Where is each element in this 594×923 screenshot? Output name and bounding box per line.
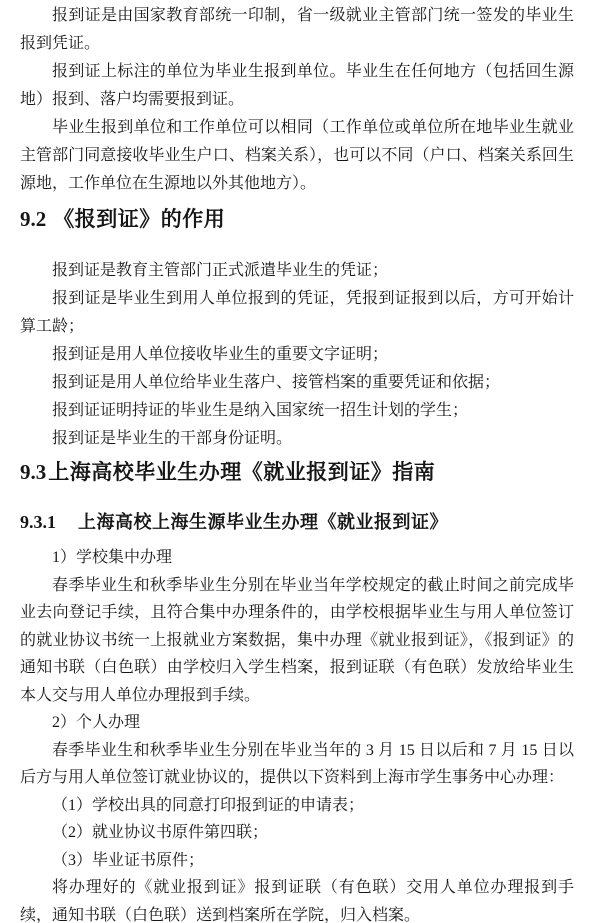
section-9-3-1-heading: 9.3.1上海高校上海生源毕业生办理《就业报到证》	[20, 509, 574, 536]
material-item-2: （2）就业协议书原件第四联；	[20, 819, 574, 847]
individual-processing-label: 2）个人办理	[20, 709, 574, 737]
section-9-2-item-1: 报到证是教育主管部门正式派遣毕业生的凭证；	[20, 257, 574, 285]
section-9-2-heading: 9.2《报到证》的作用	[20, 204, 574, 235]
section-9-2-item-6: 报到证是毕业生的干部身份证明。	[20, 425, 574, 453]
section-9-3-1-number: 9.3.1	[20, 512, 56, 532]
section-9-3-heading: 9.3上海高校毕业生办理《就业报到证》指南	[20, 457, 574, 487]
section-9-3-number: 9.3	[20, 460, 46, 484]
section-9-2-item-4: 报到证是用人单位给毕业生落户、接管档案的重要凭证和依据；	[20, 369, 574, 397]
section-9-3-title: 上海高校毕业生办理《就业报到证》指南	[48, 460, 435, 484]
individual-processing-body: 春季毕业生和秋季毕业生分别在毕业当年的 3 月 15 日以后和 7 月 15 日…	[20, 737, 574, 792]
section-9-2-number: 9.2	[20, 207, 46, 231]
school-processing-body: 春季毕业生和秋季毕业生分别在毕业当年学校规定的截止时间之前完成毕业去向登记手续，…	[20, 572, 574, 710]
closing-paragraph: 将办理好的《就业报到证》报到证联（有色联）交用人单位办理报到手续，通知书联（白色…	[20, 874, 574, 923]
intro-paragraph-3: 毕业生报到单位和工作单位可以相同（工作单位或单位所在地毕业生就业主管部门同意接收…	[20, 114, 574, 198]
material-item-1: （1）学校出具的同意打印报到证的申请表；	[20, 792, 574, 820]
material-item-3: （3）毕业证书原件；	[20, 847, 574, 875]
intro-paragraph-1: 报到证是由国家教育部统一印制，省一级就业主管部门统一签发的毕业生报到凭证。	[20, 2, 574, 58]
section-9-3-1-body: 1）学校集中办理 春季毕业生和秋季毕业生分别在毕业当年学校规定的截止时间之前完成…	[20, 544, 574, 923]
section-9-3-1-title: 上海高校上海生源毕业生办理《就业报到证》	[78, 512, 448, 532]
section-9-2-title: 《报到证》的作用	[53, 208, 225, 231]
section-9-2-item-5: 报到证证明持证的毕业生是纳入国家统一招生计划的学生；	[20, 397, 574, 425]
section-9-2-item-2: 报到证是毕业生到用人单位报到的凭证，凭报到证报到以后，方可开始计算工龄；	[20, 285, 574, 341]
school-processing-label: 1）学校集中办理	[20, 544, 574, 572]
section-9-2-item-3: 报到证是用人单位接收毕业生的重要文字证明；	[20, 341, 574, 369]
document-page: 报到证是由国家教育部统一印制，省一级就业主管部门统一签发的毕业生报到凭证。 报到…	[0, 0, 594, 923]
intro-paragraph-2: 报到证上标注的单位为毕业生报到单位。毕业生在任何地方（包括回生源地）报到、落户均…	[20, 58, 574, 114]
